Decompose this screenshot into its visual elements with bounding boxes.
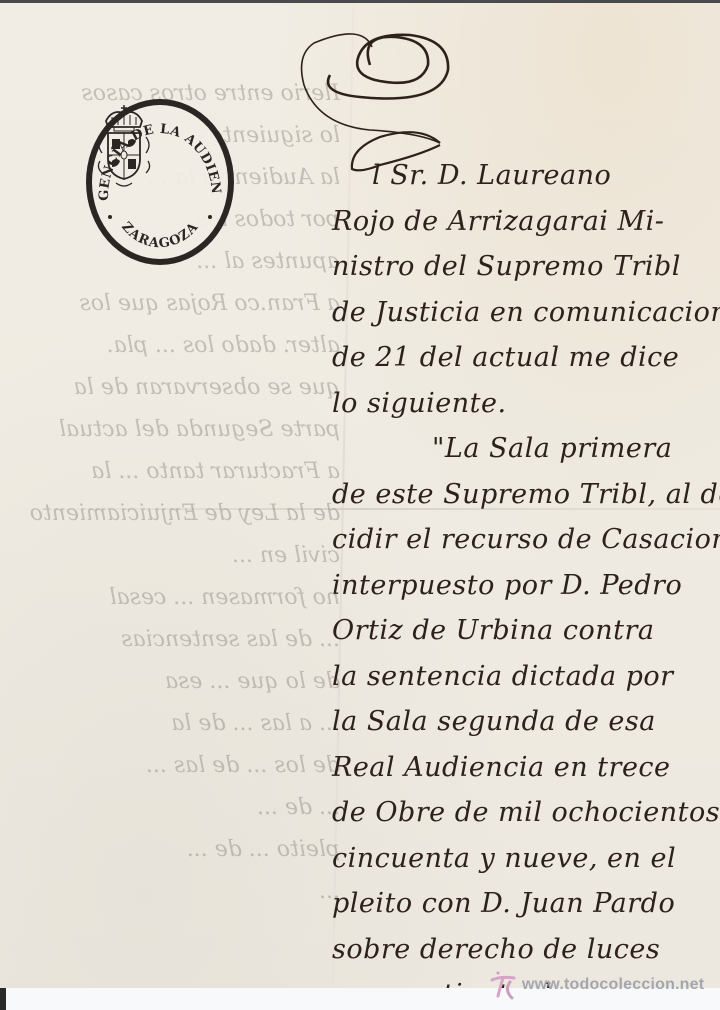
letter-line: de este Supremo Tribl, al de (332, 472, 712, 518)
letter-line: la Sala segunda de esa (332, 699, 712, 745)
letter-line: interpuesto por D. Pedro (332, 563, 712, 609)
scan-edge (0, 988, 6, 1010)
watermark: www.todocoleccion.net (490, 968, 704, 1002)
letter-line: de Justicia en comunicacion (332, 290, 712, 336)
letter-line: la sentencia dictada por (332, 654, 712, 700)
letter-body: l Sr. D. Laureano Rojo de Arrizagarai Mi… (332, 153, 712, 988)
svg-text:ZARAGOZA: ZARAGOZA (118, 219, 202, 251)
letter-line: cincuenta y nueve, en el (332, 836, 712, 882)
letter-line: cidir el recurso de Casacion (332, 517, 712, 563)
document-page: Ilerio entre otros casos lo siguiente la… (0, 0, 720, 988)
letter-line: pleito con D. Juan Pardo (332, 881, 712, 927)
audiencia-seal: REGENCÍA DE LA AUDIENCIA ZARAGOZA (86, 99, 234, 265)
watermark-text: www.todocoleccion.net (522, 976, 704, 994)
letter-line: de 21 del actual me dice (332, 335, 712, 381)
letter-line: de Obre de mil ochocientos (332, 790, 712, 836)
letter-line: Rojo de Arrizagarai Mi- (332, 199, 712, 245)
letter-line: l Sr. D. Laureano (332, 153, 712, 199)
letter-line: nistro del Supremo Tribl (332, 244, 712, 290)
seal-bottom-text: ZARAGOZA (118, 219, 202, 251)
letter-line: Ortiz de Urbina contra (332, 608, 712, 654)
letter-line: Real Audiencia en trece (332, 745, 712, 791)
letter-line: lo siguiente. (332, 381, 712, 427)
todocoleccion-logo-icon (490, 970, 516, 1000)
letter-line: sobre derecho de luces (332, 927, 712, 973)
letter-line: "La Sala primera (332, 426, 712, 472)
royal-coat-of-arms-icon (92, 105, 156, 189)
